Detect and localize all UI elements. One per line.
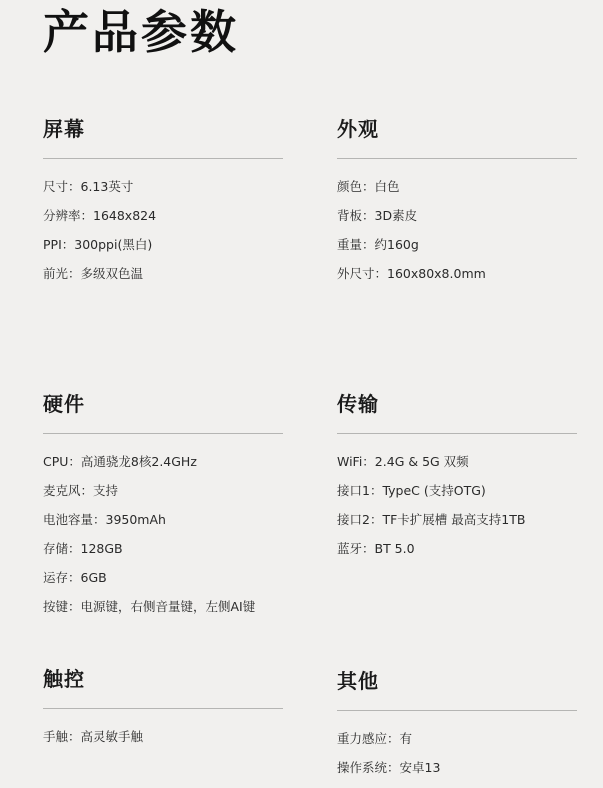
spec-row: 操作系统：安卓13 — [337, 760, 577, 788]
spec-row: 背板：3D素皮 — [337, 208, 577, 237]
spec-row: 运存：6GB — [43, 570, 283, 599]
section-other: 其他 重力感应：有 操作系统：安卓13 — [337, 666, 577, 788]
section-screen: 屏幕 尺寸：6.13英寸 分辨率：1648x824 PPI：300ppi(黑白)… — [43, 114, 283, 295]
spec-row: CPU：高通骁龙8核2.4GHz — [43, 454, 283, 483]
spec-row: 颜色：白色 — [337, 179, 577, 208]
divider — [43, 158, 283, 159]
section-heading: 触控 — [43, 664, 283, 694]
spec-row: 接口1：TypeC (支持OTG) — [337, 483, 577, 512]
section-transfer: 传输 WiFi：2.4G & 5G 双频 接口1：TypeC (支持OTG) 接… — [337, 389, 577, 570]
divider — [43, 433, 283, 434]
spec-row: 蓝牙：BT 5.0 — [337, 541, 577, 570]
spec-row: 麦克风：支持 — [43, 483, 283, 512]
section-touch: 触控 手触：高灵敏手触 — [43, 664, 283, 758]
spec-row: 分辨率：1648x824 — [43, 208, 283, 237]
spec-row: 外尺寸：160x80x8.0mm — [337, 266, 577, 295]
section-heading: 其他 — [337, 666, 577, 696]
spec-row: 重力感应：有 — [337, 731, 577, 760]
spec-row: 存储：128GB — [43, 541, 283, 570]
spec-row: 前光：多级双色温 — [43, 266, 283, 295]
divider — [337, 433, 577, 434]
spec-row: 重量：约160g — [337, 237, 577, 266]
spec-row: 按键：电源键，右侧音量键，左侧AI键 — [43, 599, 283, 628]
section-appearance: 外观 颜色：白色 背板：3D素皮 重量：约160g 外尺寸：160x80x8.0… — [337, 114, 577, 295]
divider — [43, 708, 283, 709]
section-heading: 外观 — [337, 114, 577, 144]
section-heading: 屏幕 — [43, 114, 283, 144]
spec-row: 电池容量：3950mAh — [43, 512, 283, 541]
spec-row: WiFi：2.4G & 5G 双频 — [337, 454, 577, 483]
page-title: 产品参数 — [43, 2, 239, 62]
section-heading: 硬件 — [43, 389, 283, 419]
spec-row: 手触：高灵敏手触 — [43, 729, 283, 758]
divider — [337, 158, 577, 159]
spec-row: 尺寸：6.13英寸 — [43, 179, 283, 208]
spec-row: PPI：300ppi(黑白) — [43, 237, 283, 266]
section-heading: 传输 — [337, 389, 577, 419]
section-hardware: 硬件 CPU：高通骁龙8核2.4GHz 麦克风：支持 电池容量：3950mAh … — [43, 389, 283, 628]
spec-row: 接口2：TF卡扩展槽 最高支持1TB — [337, 512, 577, 541]
divider — [337, 710, 577, 711]
